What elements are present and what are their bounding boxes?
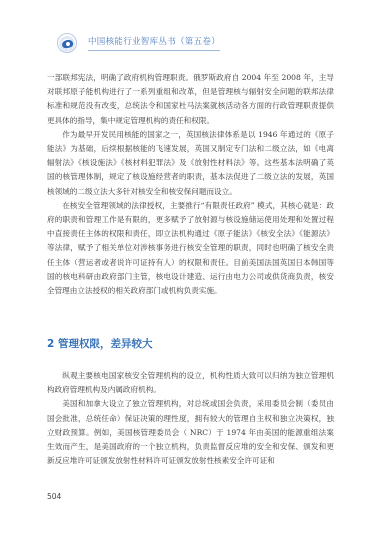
series-title: 中国核能行业智库丛书（第五卷） [88,35,220,51]
paragraph-us-canada: 美国和加拿大设立了独立管理机构，对总统或国会负责，采用委员会制（委员由国会批准，… [47,397,334,468]
section-heading: 2 管理权限，差异较大 [47,336,152,351]
paragraph-uk: 作为最早开发民用核能的国家之一，英国核法律体系是以 1946 年通过的《原子能法… [47,128,334,199]
association-logo-icon [57,33,77,53]
paragraph-russia: 一部联邦宪法，明确了政府机构管理职责。俄罗斯政府自 2004 年至 2008 年… [47,71,334,128]
body-text-section-1: 一部联邦宪法，明确了政府机构管理职责。俄罗斯政府自 2004 年至 2008 年… [47,71,334,298]
paragraph-limited-government: 在核安全管理领域的法律授权，主要推行“有限责任政府” 模式，其核心就是：政府的职… [47,199,334,298]
paragraph-overview: 纵观主要核电国家核安全管理机构的设立，机构性质大致可以归纳为独立管理机构政府管理… [47,369,334,397]
page-number: 504 [47,492,61,501]
body-text-section-2: 纵观主要核电国家核安全管理机构的设立，机构性质大致可以归纳为独立管理机构政府管理… [47,369,334,468]
page-header: 中国核能行业智库丛书（第五卷） [57,31,77,55]
